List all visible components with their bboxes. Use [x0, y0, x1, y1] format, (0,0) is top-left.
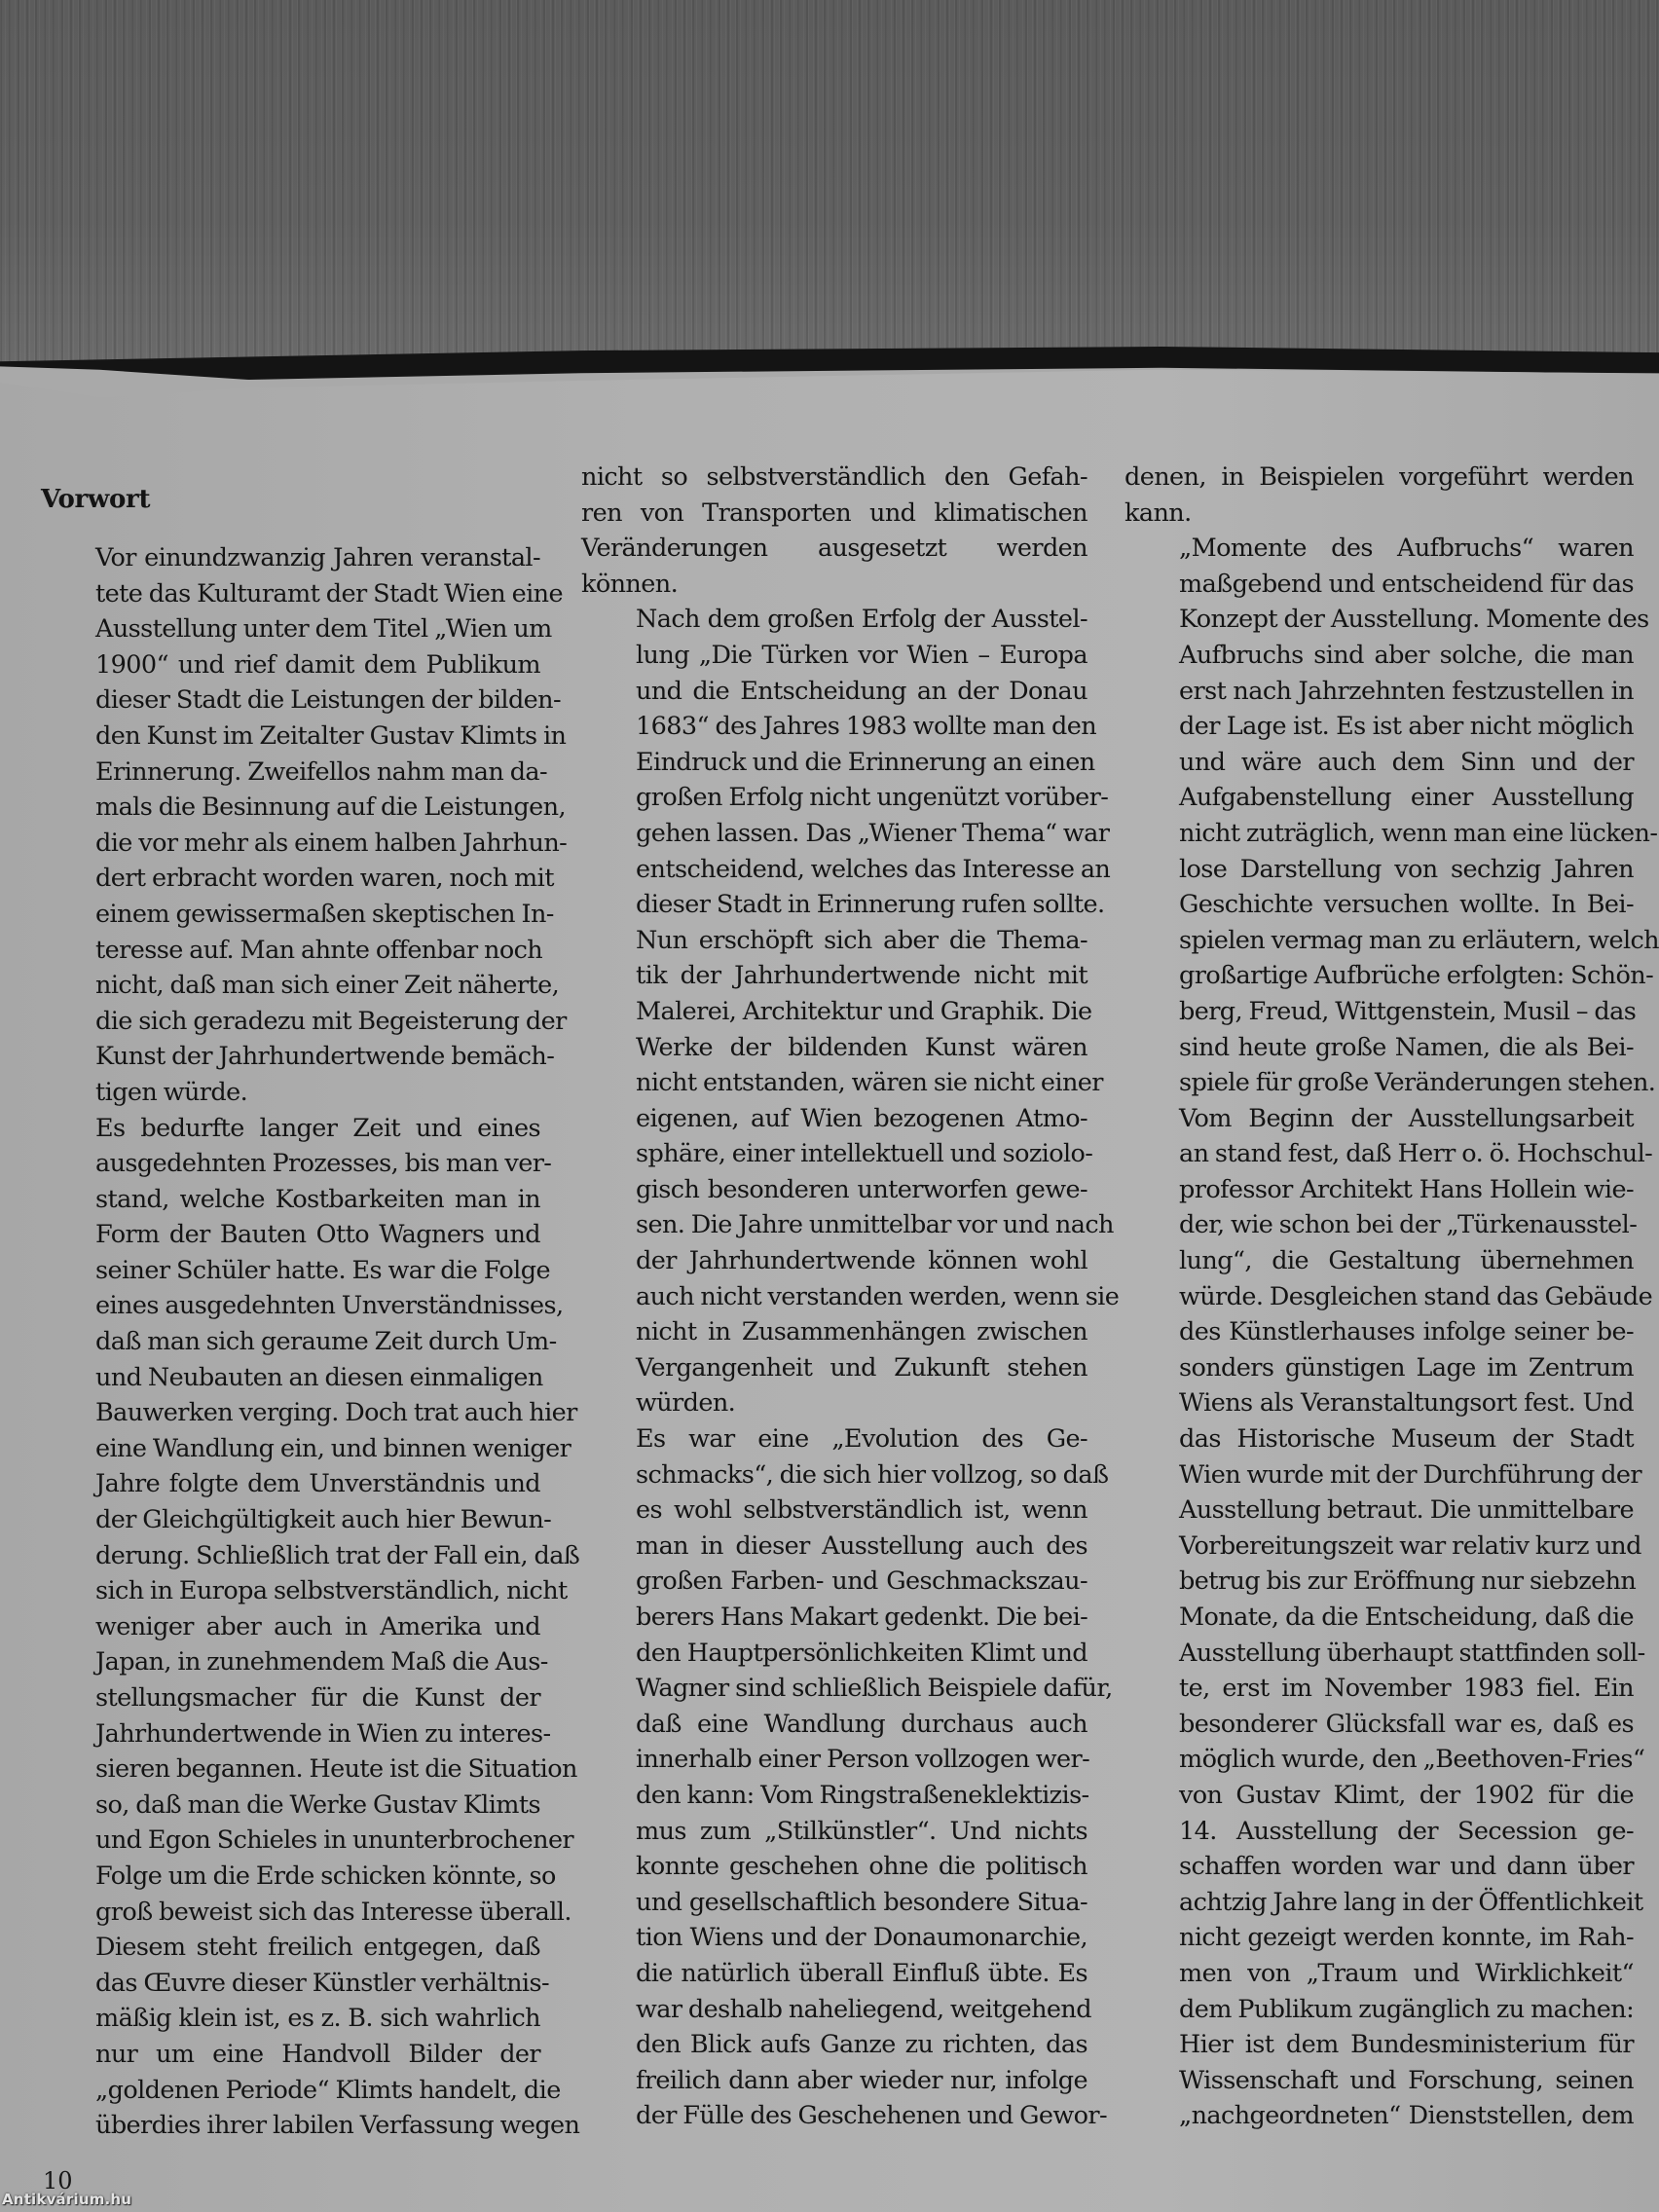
text-line: Japan, in zunehmendem Maß die Aus-	[41, 1644, 540, 1680]
paragraph: Es bedurfte langer Zeit und einesausgede…	[41, 1111, 540, 1931]
text-line: daß eine Wandlung durchaus auch	[581, 1707, 1088, 1743]
paragraph: nicht so selbstverständlich den Gefah-re…	[581, 460, 1088, 602]
paragraph: Vor einundzwanzig Jahren veranstal-tete …	[41, 540, 540, 1111]
text-line: tigen würde.	[41, 1075, 540, 1111]
text-line: die natürlich überall Einfluß übte. Es	[581, 1956, 1088, 1992]
text-line: Aufbruchs sind aber solche, die man	[1124, 638, 1634, 674]
text-line: Monate, da die Entscheidung, daß die	[1124, 1600, 1634, 1636]
text-line: dem Publikum zugänglich zu machen:	[1124, 1992, 1634, 2028]
text-line: Jahrhundertwende in Wien zu interes-	[41, 1716, 540, 1752]
text-line: Wagner sind schließlich Beispiele dafür,	[581, 1671, 1088, 1707]
text-line: würde. Desgleichen stand das Gebäude	[1124, 1279, 1634, 1315]
text-line: sind heute große Namen, die als Bei-	[1124, 1030, 1634, 1066]
text-line: berg, Freud, Wittgenstein, Musil – das	[1124, 994, 1634, 1030]
text-line: stand, welche Kostbarkeiten man in	[41, 1182, 540, 1218]
text-line: „goldenen Periode“ Klimts handelt, die	[41, 2073, 540, 2109]
text-line: Konzept der Ausstellung. Momente des	[1124, 602, 1634, 638]
paragraph: Es war eine „Evolution des Ge-schmacks“,…	[581, 1421, 1088, 2134]
watermark: Antikvárium.hu	[2, 2191, 131, 2208]
paragraph: Nach dem großen Erfolg der Ausstel-lung …	[581, 602, 1088, 922]
text-line: maßgebend und entscheidend für das	[1124, 567, 1634, 603]
text-line: können.	[581, 567, 1088, 603]
text-line: lose Darstellung von sechzig Jahren	[1124, 852, 1634, 888]
text-line: der Lage ist. Es ist aber nicht möglich	[1124, 709, 1634, 745]
text-line: stellungsmacher für die Kunst der	[41, 1680, 540, 1716]
text-line: Hier ist dem Bundesministerium für	[1124, 2027, 1634, 2063]
text-line: teresse auf. Man ahnte offenbar noch	[41, 933, 540, 969]
text-line: gisch besonderen unterworfen gewe-	[581, 1172, 1088, 1208]
text-line: mus zum „Stilkünstler“. Und nichts	[581, 1814, 1088, 1850]
text-line: Wissenschaft und Forschung, seinen	[1124, 2063, 1634, 2099]
text-line: Eindruck und die Erinnerung an einen	[581, 745, 1088, 781]
text-line: erst nach Jahrzehnten festzustellen in	[1124, 674, 1634, 710]
text-line: Ausstellung unter dem Titel „Wien um	[41, 611, 540, 647]
text-line: sen. Die Jahre unmittelbar vor und nach	[581, 1207, 1088, 1243]
text-line: betrug bis zur Eröffnung nur siebzehn	[1124, 1564, 1634, 1600]
text-line: schaffen worden war und dann über	[1124, 1849, 1634, 1885]
text-line: und Neubauten an diesen einmaligen	[41, 1360, 540, 1396]
text-line: spielen vermag man zu erläutern, welch	[1124, 923, 1634, 959]
text-line: groß beweist sich das Interesse überall.	[41, 1895, 540, 1931]
text-line: Geschichte versuchen wollte. In Bei-	[1124, 887, 1634, 923]
text-line: dieser Stadt die Leistungen der bilden-	[41, 682, 540, 719]
paragraph: Diesem steht freilich entgegen, daßdas Œ…	[41, 1930, 540, 2144]
text-line: den Hauptpersönlichkeiten Klimt und	[581, 1636, 1088, 1672]
text-line: 1683“ des Jahres 1983 wollte man den	[581, 709, 1088, 745]
text-line: und Egon Schieles in ununterbrochener	[41, 1823, 540, 1859]
text-line: entscheidend, welches das Interesse an	[581, 852, 1088, 888]
text-line: ausgedehnten Prozesses, bis man ver-	[41, 1146, 540, 1182]
text-line: daß man sich geraume Zeit durch Um-	[41, 1324, 540, 1360]
text-line: der Fülle des Geschehenen und Gewor-	[581, 2098, 1088, 2134]
text-line: nicht in Zusammenhängen zwischen	[581, 1314, 1088, 1350]
text-column-2: nicht so selbstverständlich den Gefah-re…	[581, 460, 1088, 2134]
text-line: Folge um die Erde schicken könnte, so	[41, 1859, 540, 1895]
text-line: innerhalb einer Person vollzogen wer-	[581, 1742, 1088, 1778]
text-line: Nun erschöpft sich aber die Thema-	[581, 923, 1088, 959]
text-line: Wien wurde mit der Durchführung der	[1124, 1457, 1634, 1493]
text-line: man in dieser Ausstellung auch des	[581, 1529, 1088, 1565]
text-line: seiner Schüler hatte. Es war die Folge	[41, 1253, 540, 1289]
text-line: es wohl selbstverständlich ist, wenn	[581, 1493, 1088, 1529]
text-line: professor Architekt Hans Hollein wie-	[1124, 1172, 1634, 1208]
text-line: Veränderungen ausgesetzt werden	[581, 531, 1088, 567]
text-line: freilich dann aber wieder nur, infolge	[581, 2063, 1088, 2099]
text-line: sonders günstigen Lage im Zentrum	[1124, 1350, 1634, 1386]
text-column-1: Vor einundzwanzig Jahren veranstal-tete …	[41, 540, 540, 2144]
text-line: der, wie schon bei der „Türkenausstel-	[1124, 1207, 1634, 1243]
text-line: Jahre folgte dem Unverständnis und	[41, 1466, 540, 1502]
text-line: Es war eine „Evolution des Ge-	[581, 1421, 1088, 1457]
text-line: denen, in Beispielen vorgeführt werden	[1124, 460, 1634, 496]
text-line: sphäre, einer intellektuell und soziolo-	[581, 1136, 1088, 1172]
text-line: Bauwerken verging. Doch trat auch hier	[41, 1395, 540, 1431]
text-line: großartige Aufbrüche erfolgten: Schön-	[1124, 958, 1634, 994]
text-line: die sich geradezu mit Begeisterung der	[41, 1004, 540, 1040]
text-line: tik der Jahrhundertwende nicht mit	[581, 958, 1088, 994]
text-line: 14. Ausstellung der Secession ge-	[1124, 1814, 1634, 1850]
text-line: 1900“ und rief damit dem Publikum	[41, 647, 540, 683]
text-line: würden.	[581, 1385, 1088, 1421]
text-line: eine Wandlung ein, und binnen weniger	[41, 1431, 540, 1467]
text-line: lung“, die Gestaltung übernehmen	[1124, 1243, 1634, 1279]
text-line: von Gustav Klimt, der 1902 für die	[1124, 1778, 1634, 1814]
text-line: Werke der bildenden Kunst wären	[581, 1030, 1088, 1066]
text-line: des Künstlerhauses infolge seiner be-	[1124, 1314, 1634, 1350]
text-line: nicht so selbstverständlich den Gefah-	[581, 460, 1088, 496]
text-line: gehen lassen. Das „Wiener Thema“ war	[581, 816, 1088, 852]
text-line: Nach dem großen Erfolg der Ausstel-	[581, 602, 1088, 638]
text-line: einem gewissermaßen skeptischen In-	[41, 897, 540, 933]
text-line: großen Erfolg nicht ungenützt vorüber-	[581, 780, 1088, 816]
text-line: war deshalb naheliegend, weitgehend	[581, 1992, 1088, 2028]
text-line: so, daß man die Werke Gustav Klimts	[41, 1788, 540, 1824]
text-line: Wiens als Veranstaltungsort fest. Und	[1124, 1385, 1634, 1421]
text-line: großen Farben- und Geschmackszau-	[581, 1564, 1088, 1600]
section-heading: Vorwort	[41, 485, 150, 514]
text-line: tion Wiens und der Donaumonarchie,	[581, 1920, 1088, 1956]
text-line: den Blick aufs Ganze zu richten, das	[581, 2027, 1088, 2063]
text-line: Es bedurfte langer Zeit und eines	[41, 1111, 540, 1147]
text-line: Erinnerung. Zweifellos nahm man da-	[41, 755, 540, 791]
text-line: und gesellschaftlich besondere Situa-	[581, 1885, 1088, 1921]
text-line: Ausstellung betraut. Die unmittelbare	[1124, 1493, 1634, 1529]
text-line: Kunst der Jahrhundertwende bemäch-	[41, 1039, 540, 1075]
text-line: Malerei, Architektur und Graphik. Die	[581, 994, 1088, 1030]
paragraph: „Momente des Aufbruchs“ warenmaßgebend u…	[1124, 531, 1634, 1101]
text-line: „nachgeordneten“ Dienststellen, dem	[1124, 2098, 1634, 2134]
text-line: das Historische Museum der Stadt	[1124, 1421, 1634, 1457]
text-line: schmacks“, die sich hier vollzog, so daß	[581, 1457, 1088, 1493]
text-line: Ausstellung überhaupt stattfinden soll-	[1124, 1636, 1634, 1672]
text-line: kann.	[1124, 496, 1634, 532]
text-line: nicht zuträglich, wenn man eine lücken-	[1124, 816, 1634, 852]
paragraph: Nun erschöpft sich aber die Thema-tik de…	[581, 923, 1088, 1421]
text-line: nicht gezeigt werden konnte, im Rah-	[1124, 1920, 1634, 1956]
text-line: men von „Traum und Wirklichkeit“	[1124, 1956, 1634, 1992]
text-line: weniger aber auch in Amerika und	[41, 1609, 540, 1645]
text-line: „Momente des Aufbruchs“ waren	[1124, 531, 1634, 567]
text-line: den kann: Vom Ringstraßeneklektizis-	[581, 1778, 1088, 1814]
text-line: und wäre auch dem Sinn und der	[1124, 745, 1634, 781]
text-line: Vom Beginn der Ausstellungsarbeit	[1124, 1101, 1634, 1137]
text-line: das Œuvre dieser Künstler verhältnis-	[41, 1966, 540, 2002]
text-line: ren von Transporten und klimatischen	[581, 496, 1088, 532]
text-line: auch nicht verstanden werden, wenn sie	[581, 1279, 1088, 1315]
text-line: derung. Schließlich trat der Fall ein, d…	[41, 1538, 540, 1574]
text-line: überdies ihrer labilen Verfassung wegen	[41, 2108, 540, 2144]
text-line: lung „Die Türken vor Wien – Europa	[581, 638, 1088, 674]
text-line: Vor einundzwanzig Jahren veranstal-	[41, 540, 540, 576]
text-line: möglich wurde, den „Beethoven-Fries“	[1124, 1742, 1634, 1778]
text-line: der Jahrhundertwende können wohl	[581, 1243, 1088, 1279]
text-line: Vergangenheit und Zukunft stehen	[581, 1350, 1088, 1386]
text-line: nicht entstanden, wären sie nicht einer	[581, 1065, 1088, 1101]
text-line: tete das Kulturamt der Stadt Wien eine	[41, 576, 540, 612]
text-line: mäßig klein ist, es z. B. sich wahrlich	[41, 2001, 540, 2037]
text-line: und die Entscheidung an der Donau	[581, 674, 1088, 710]
text-line: dieser Stadt in Erinnerung rufen sollte.	[581, 887, 1088, 923]
text-line: sieren begannen. Heute ist die Situation	[41, 1751, 540, 1788]
text-line: Diesem steht freilich entgegen, daß	[41, 1930, 540, 1966]
paragraph: Vom Beginn der Ausstellungsarbeitan stan…	[1124, 1101, 1634, 2134]
text-line: besonderer Glücksfall war es, daß es	[1124, 1707, 1634, 1743]
text-line: dert erbracht worden waren, noch mit	[41, 861, 540, 897]
text-line: achtzig Jahre lang in der Öffentlichkeit	[1124, 1885, 1634, 1921]
text-line: der Gleichgültigkeit auch hier Bewun-	[41, 1502, 540, 1538]
wooden-table-background	[0, 0, 1659, 362]
text-line: den Kunst im Zeitalter Gustav Klimts in	[41, 719, 540, 755]
text-line: konnte geschehen ohne die politisch	[581, 1849, 1088, 1885]
text-line: die vor mehr als einem halben Jahrhun-	[41, 826, 540, 862]
text-line: Vorbereitungszeit war relativ kurz und	[1124, 1529, 1634, 1565]
text-column-3: denen, in Beispielen vorgeführt werdenka…	[1124, 460, 1634, 2134]
text-line: Aufgabenstellung einer Ausstellung	[1124, 780, 1634, 816]
text-line: eigenen, auf Wien bezogenen Atmo-	[581, 1101, 1088, 1137]
text-line: nicht, daß man sich einer Zeit näherte,	[41, 968, 540, 1004]
text-line: Form der Bauten Otto Wagners und	[41, 1217, 540, 1253]
text-line: eines ausgedehnten Unverständnisses,	[41, 1288, 540, 1324]
text-line: an stand fest, daß Herr o. ö. Hochschul-	[1124, 1136, 1634, 1172]
text-line: sich in Europa selbstverständlich, nicht	[41, 1573, 540, 1609]
text-line: berers Hans Makart gedenkt. Die bei-	[581, 1600, 1088, 1636]
paragraph: denen, in Beispielen vorgeführt werdenka…	[1124, 460, 1634, 531]
text-line: mals die Besinnung auf die Leistungen,	[41, 790, 540, 826]
text-line: te, erst im November 1983 fiel. Ein	[1124, 1671, 1634, 1707]
text-line: spiele für große Veränderungen stehen.	[1124, 1065, 1634, 1101]
text-line: nur um eine Handvoll Bilder der	[41, 2037, 540, 2073]
